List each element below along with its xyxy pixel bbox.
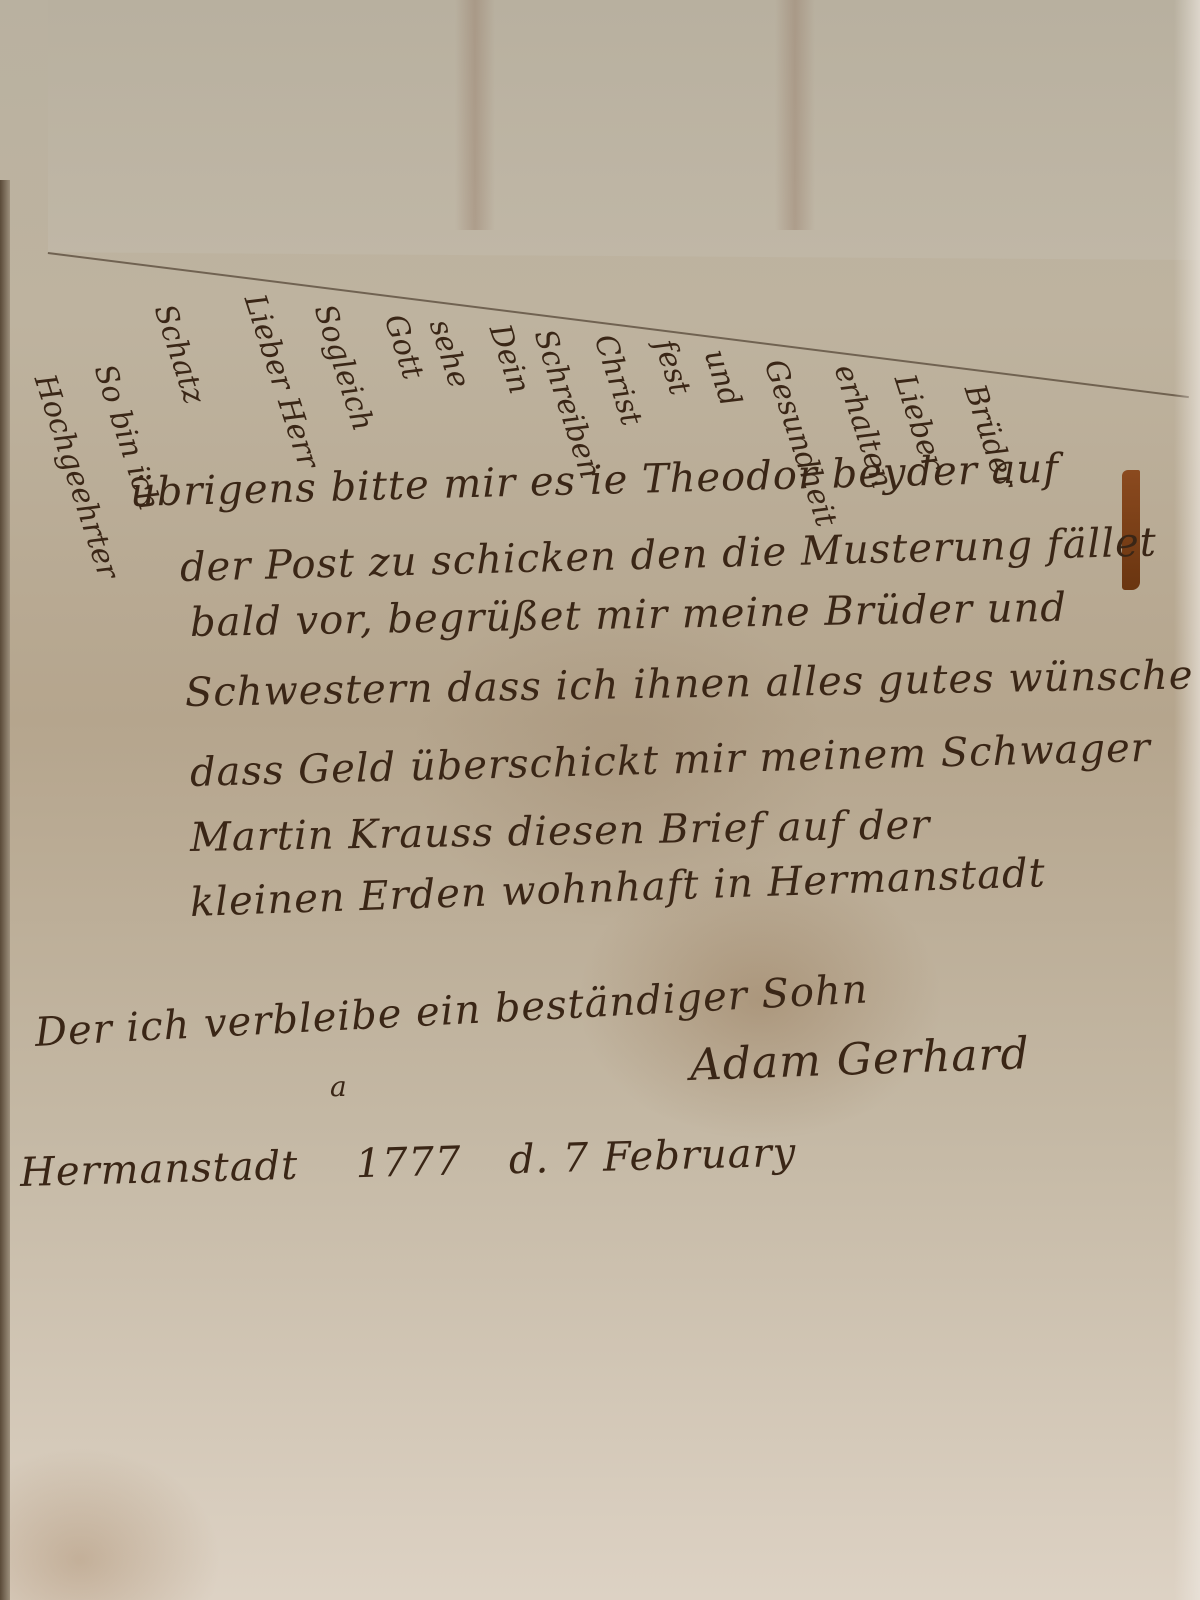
paper-left-edge [0,180,10,1600]
day: d. 7 [508,1135,590,1183]
paper-right-edge [1174,0,1200,1600]
fold-crease [775,0,815,230]
closing-mark: a [330,1070,348,1103]
month: February [602,1130,796,1181]
folded-flap [48,0,1200,260]
year: 1777 [355,1138,462,1187]
fold-crease [455,0,495,230]
place: Hermanstadt [19,1143,298,1196]
